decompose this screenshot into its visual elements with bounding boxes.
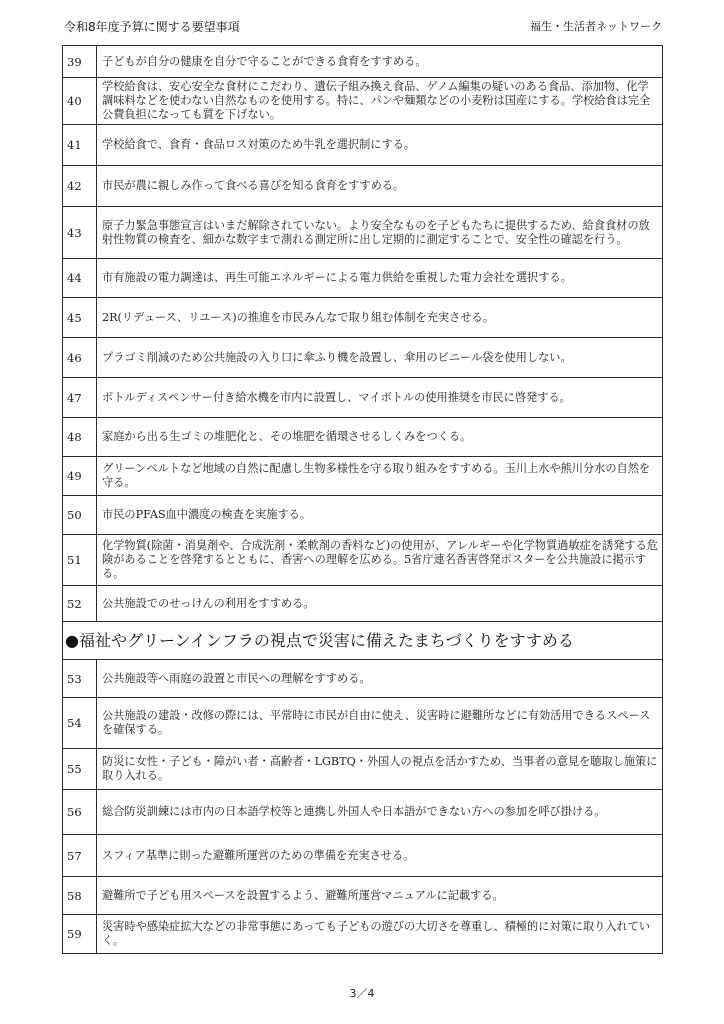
item-text: 学校給食は、安心安全な食材にこだわり、遺伝子組み換え食品、ゲノム編集の疑いのある… xyxy=(97,78,663,125)
table-row: 54公共施設の建設・改修の際には、平常時に市民が自由に使え、災害時に避難所などに… xyxy=(63,698,663,749)
item-text: スフィア基準に則った避難所運営のための準備を充実させる。 xyxy=(97,835,663,877)
item-text: 災害時や感染症拡大などの非常事態にあっても子どもの遊びの大切さを尊重し、積極的に… xyxy=(97,915,663,954)
item-number: 46 xyxy=(63,338,97,378)
table-row: 51化学物質(除菌・消臭剤や、合成洗剤・柔軟剤の香料など)の使用が、アレルギーや… xyxy=(63,535,663,586)
item-number: 50 xyxy=(63,496,97,535)
item-text: 市有施設の電力調達は、再生可能エネルギーによる電力供給を重視した電力会社を選択す… xyxy=(97,259,663,298)
table-row: 42市民が農に親しみ作って食べる喜びを知る食育をすすめる。 xyxy=(63,166,663,207)
table-row: 49グリーンベルトなど地域の自然に配慮し生物多様性を守る取り組みをすすめる。玉川… xyxy=(63,457,663,496)
page-number: 3／4 xyxy=(0,985,724,1001)
table-row: 48家庭から出る生ゴミの堆肥化と、その堆肥を循環させるしくみをつくる。 xyxy=(63,418,663,457)
item-text: 公共施設等へ雨庭の設置と市民への理解をすすめる。 xyxy=(97,660,663,698)
section-title: ●福祉やグリーンインフラの視点で災害に備えたまちづくりをすすめる xyxy=(63,622,663,660)
table-row: 47ボトルディスペンサー付き給水機を市内に設置し、マイボトルの使用推奨を市民に啓… xyxy=(63,378,663,418)
table-row: 40学校給食は、安心安全な食材にこだわり、遺伝子組み換え食品、ゲノム編集の疑いの… xyxy=(63,78,663,125)
table-row: 55防災に女性・子ども・障がい者・高齢者・LGBTQ・外国人の視点を活かすため、… xyxy=(63,749,663,790)
item-text: 化学物質(除菌・消臭剤や、合成洗剤・柔軟剤の香料など)の使用が、アレルギーや化学… xyxy=(97,535,663,586)
table-row: 56総合防災訓練には市内の日本語学校等と連携し外国人や日本語ができない方への参加… xyxy=(63,790,663,835)
item-text: 2R(リデュース、リユース)の推進を市民みんなで取り組む体制を充実させる。 xyxy=(97,298,663,338)
item-number: 58 xyxy=(63,877,97,915)
table-row: 59災害時や感染症拡大などの非常事態にあっても子どもの遊びの大切さを尊重し、積極… xyxy=(63,915,663,954)
page-header: 令和8年度予算に関する要望事項 福生・生活者ネットワーク xyxy=(64,18,662,38)
organization-name: 福生・生活者ネットワーク xyxy=(530,18,662,34)
item-number: 41 xyxy=(63,125,97,166)
item-number: 45 xyxy=(63,298,97,338)
table-row: 39子どもが自分の健康を自分で守ることができる食育をすすめる。 xyxy=(63,46,663,78)
item-number: 53 xyxy=(63,660,97,698)
item-number: 42 xyxy=(63,166,97,207)
item-text: 避難所で子ども用スペースを設置するよう、避難所運営マニュアルに記載する。 xyxy=(97,877,663,915)
requests-table: 39子どもが自分の健康を自分で守ることができる食育をすすめる。40学校給食は、安… xyxy=(62,45,663,954)
table-row: 44市有施設の電力調達は、再生可能エネルギーによる電力供給を重視した電力会社を選… xyxy=(63,259,663,298)
item-text: 総合防災訓練には市内の日本語学校等と連携し外国人や日本語ができない方への参加を呼… xyxy=(97,790,663,835)
item-text: 学校給食で、食育・食品ロス対策のため牛乳を選択制にする。 xyxy=(97,125,663,166)
item-number: 59 xyxy=(63,915,97,954)
item-number: 54 xyxy=(63,698,97,749)
item-number: 47 xyxy=(63,378,97,418)
table-row: 46プラゴミ削減のため公共施設の入り口に傘ふり機を設置し、傘用のビニール袋を使用… xyxy=(63,338,663,378)
table-row: 41学校給食で、食育・食品ロス対策のため牛乳を選択制にする。 xyxy=(63,125,663,166)
table-row: 43原子力緊急事態宣言はいまだ解除されていない。より安全なものを子どもたちに提供… xyxy=(63,207,663,259)
item-number: 39 xyxy=(63,46,97,78)
table-row: 452R(リデュース、リユース)の推進を市民みんなで取り組む体制を充実させる。 xyxy=(63,298,663,338)
table-row: 57スフィア基準に則った避難所運営のための準備を充実させる。 xyxy=(63,835,663,877)
item-text: プラゴミ削減のため公共施設の入り口に傘ふり機を設置し、傘用のビニール袋を使用しな… xyxy=(97,338,663,378)
item-text: 市民のPFAS血中濃度の検査を実施する。 xyxy=(97,496,663,535)
table-row: 50市民のPFAS血中濃度の検査を実施する。 xyxy=(63,496,663,535)
table-row: 58避難所で子ども用スペースを設置するよう、避難所運営マニュアルに記載する。 xyxy=(63,877,663,915)
item-text: 子どもが自分の健康を自分で守ることができる食育をすすめる。 xyxy=(97,46,663,78)
item-number: 52 xyxy=(63,586,97,622)
section-header-row: ●福祉やグリーンインフラの視点で災害に備えたまちづくりをすすめる xyxy=(63,622,663,660)
item-number: 48 xyxy=(63,418,97,457)
item-number: 51 xyxy=(63,535,97,586)
document-title: 令和8年度予算に関する要望事項 xyxy=(64,18,240,35)
item-text: 公共施設の建設・改修の際には、平常時に市民が自由に使え、災害時に避難所などに有効… xyxy=(97,698,663,749)
item-text: 公共施設でのせっけんの利用をすすめる。 xyxy=(97,586,663,622)
item-number: 44 xyxy=(63,259,97,298)
item-number: 56 xyxy=(63,790,97,835)
table-row: 53公共施設等へ雨庭の設置と市民への理解をすすめる。 xyxy=(63,660,663,698)
item-number: 43 xyxy=(63,207,97,259)
item-number: 55 xyxy=(63,749,97,790)
item-text: 市民が農に親しみ作って食べる喜びを知る食育をすすめる。 xyxy=(97,166,663,207)
item-text: ボトルディスペンサー付き給水機を市内に設置し、マイボトルの使用推奨を市民に啓発す… xyxy=(97,378,663,418)
table-row: 52公共施設でのせっけんの利用をすすめる。 xyxy=(63,586,663,622)
item-number: 49 xyxy=(63,457,97,496)
item-text: 防災に女性・子ども・障がい者・高齢者・LGBTQ・外国人の視点を活かすため、当事… xyxy=(97,749,663,790)
item-number: 57 xyxy=(63,835,97,877)
item-number: 40 xyxy=(63,78,97,125)
item-text: 原子力緊急事態宣言はいまだ解除されていない。より安全なものを子どもたちに提供する… xyxy=(97,207,663,259)
item-text: 家庭から出る生ゴミの堆肥化と、その堆肥を循環させるしくみをつくる。 xyxy=(97,418,663,457)
item-text: グリーンベルトなど地域の自然に配慮し生物多様性を守る取り組みをすすめる。玉川上水… xyxy=(97,457,663,496)
